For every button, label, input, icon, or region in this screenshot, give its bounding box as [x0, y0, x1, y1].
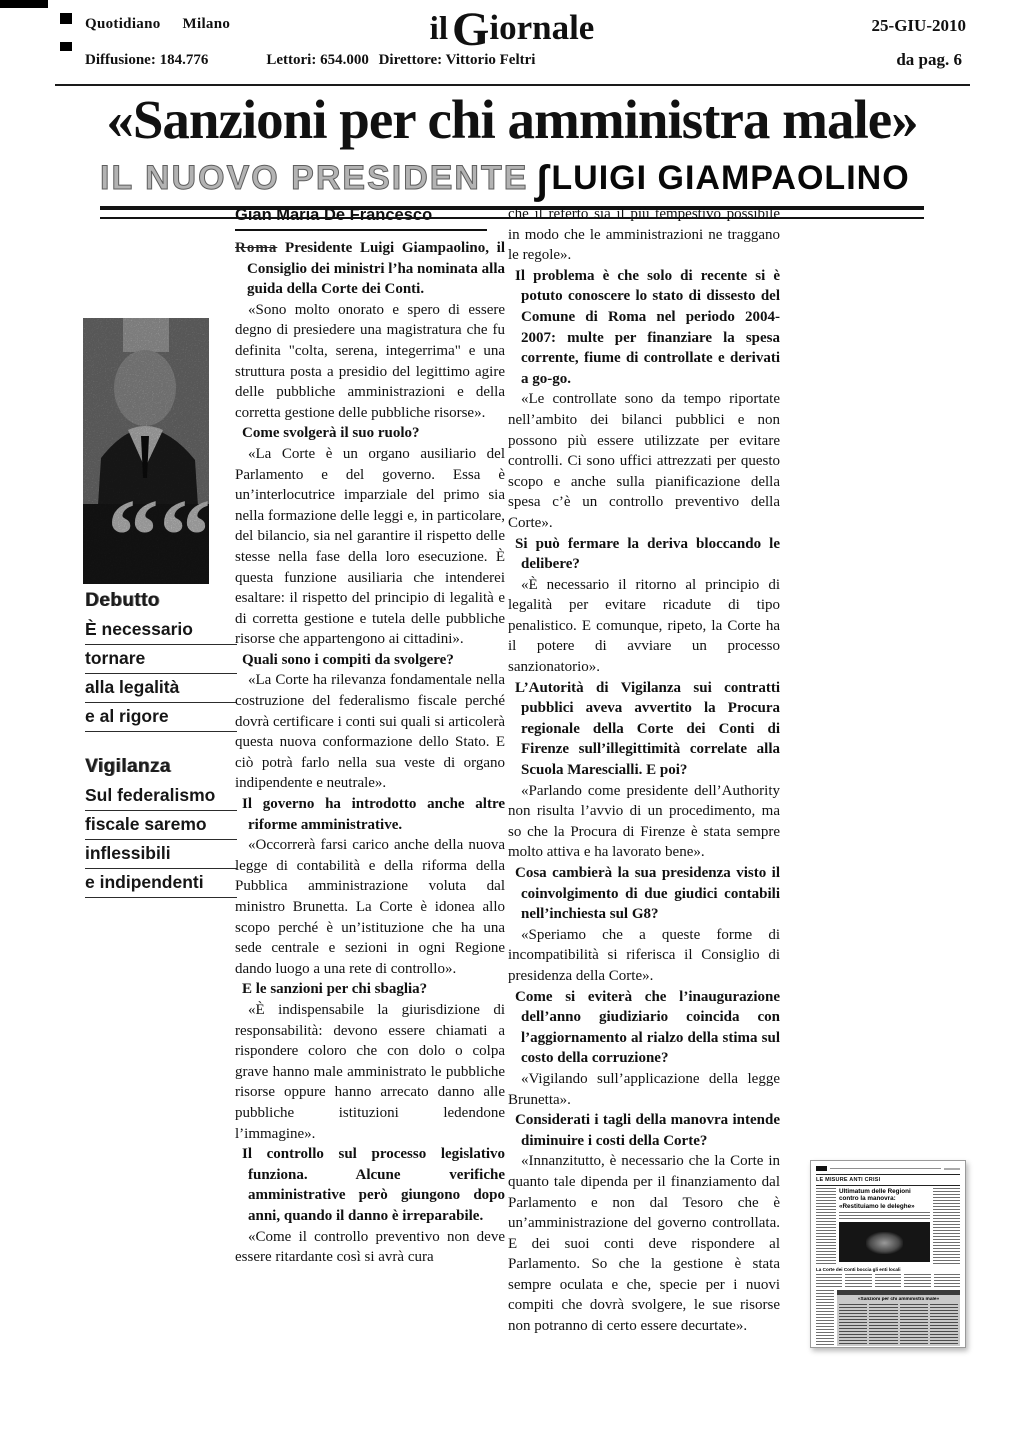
interview-answer: «Come il controllo preventivo non deve e…: [235, 1227, 505, 1268]
article-headline: «Sanzioni per chi amministra male»: [20, 88, 1004, 151]
interview-answer: «È necessario il ritorno al principio di…: [508, 575, 780, 678]
thumbnail-text-block: [816, 1274, 842, 1287]
thumbnail-highlight-row: «Sanzioni per chi amministra male»: [816, 1290, 960, 1346]
thumbnail-text-block: [934, 1274, 960, 1287]
thumbnail-rule: [830, 1168, 941, 1169]
source-page-thumbnail: LE MISURE ANTI CRISI Ultimatum delle Reg…: [810, 1160, 966, 1348]
thumbnail-photo-subject: [866, 1232, 902, 1254]
newspaper-clipping-page: QuotidianoMilano Diffusione: 184.776Lett…: [0, 0, 1024, 1448]
interview-question: Come svolgerà il suo ruolo?: [235, 423, 505, 444]
interview-answer: «Innanzitutto, è necessario che la Corte…: [508, 1151, 780, 1336]
thumbnail-subheadline: La Corte dei Conti boccia gli enti local…: [816, 1267, 960, 1272]
masthead-rest: iornale: [489, 8, 594, 47]
interview-question: Il controllo sul processo legislativo fu…: [235, 1144, 505, 1226]
thumbnail-text-block: [839, 1304, 867, 1344]
interview-answer: «Parlando come presidente dell’Authority…: [508, 781, 780, 863]
interview-answer: «Occorrerà farsi carico anche della nuov…: [235, 835, 505, 979]
pullquote-vigilanza: Vigilanza Sul federalismofiscale saremoi…: [85, 756, 237, 898]
pullquote-label: Debutto: [85, 590, 237, 612]
interview-question: Il governo ha introdotto anche altre rif…: [235, 794, 505, 835]
integral-separator-icon: ∫: [536, 158, 547, 202]
clipping-date: 25-GIU-2010: [872, 16, 966, 36]
thumbnail-rule: [816, 1185, 960, 1186]
masthead-il: il: [430, 11, 448, 47]
pullquote-line: inflessibili: [85, 840, 237, 869]
thumbnail-text-band: [816, 1274, 960, 1287]
interview-answer: «La Corte è un organo ausiliario del Par…: [235, 444, 505, 650]
pullquote-line: fiscale saremo: [85, 811, 237, 840]
interview-answer: «Speriamo che a queste forme di incompat…: [508, 925, 780, 987]
portrait-photo: ““: [83, 318, 209, 584]
scan-artifact: [0, 0, 48, 8]
thumbnail-text-block: [816, 1290, 834, 1346]
interview-question: Si può fermare la deriva bloccando le de…: [508, 534, 780, 575]
thumbnail-headline: Ultimatum delle Regioni contro la manovr…: [839, 1188, 930, 1210]
thumbnail-kicker: LE MISURE ANTI CRISI: [816, 1177, 960, 1183]
thumbnail-top-story: Ultimatum delle Regioni contro la manovr…: [816, 1188, 960, 1264]
thumbnail-story-center: Ultimatum delle Regioni contro la manovr…: [839, 1188, 930, 1264]
interview-question: Il problema è che solo di recente si è p…: [508, 266, 780, 390]
thumbnail-text-block: [816, 1188, 836, 1264]
thumbnail-highlighted-article: «Sanzioni per chi amministra male»: [837, 1290, 960, 1346]
interview-answer: Roma Presidente Luigi Giampaolino, il Co…: [235, 238, 505, 300]
pullquote-line: e al rigore: [85, 703, 237, 732]
kicker-section-label: IL NUOVO PRESIDENTE: [100, 159, 528, 197]
thumbnail-text-block: [839, 1212, 930, 1220]
pullquote-debutto: Debutto È necessariotornarealla legalità…: [85, 590, 237, 732]
pullquote-line: tornare: [85, 645, 237, 674]
interview-answer: «Le controllate sono da tempo riportate …: [508, 389, 780, 533]
pullquote-label: Vigilanza: [85, 756, 237, 778]
thumbnail-rule: [816, 1174, 960, 1175]
interview-answer: «È indispensabile la giurisdizione di re…: [235, 1000, 505, 1144]
kicker-subject-name: LUIGI GIAMPAOLINO: [551, 159, 909, 197]
director-line: Direttore: Vittorio Feltri: [0, 52, 914, 69]
thumbnail-text-block: [930, 1304, 958, 1344]
thumbnail-highlight-headline: «Sanzioni per chi amministra male»: [839, 1297, 958, 1302]
pullquote-line: e indipendenti: [85, 869, 237, 898]
interview-question: Quali sono i compiti da svolgere?: [235, 650, 505, 671]
pullquote-sidebar: Debutto È necessariotornarealla legalità…: [85, 590, 237, 898]
dateline: Roma: [235, 240, 277, 256]
pullquote-line: Sul federalismo: [85, 782, 237, 811]
header-divider: [55, 84, 970, 86]
page-reference: da pag. 6: [896, 50, 962, 70]
interview-question: E le sanzioni per chi sbaglia?: [235, 979, 505, 1000]
interview-answer: «Vigilando sull’applicazione della legge…: [508, 1069, 780, 1110]
masthead-logo: il Giornale: [0, 8, 1024, 48]
interview-answer: «La Corte ha rilevanza fondamentale nell…: [235, 670, 505, 794]
thumbnail-photo: [839, 1222, 930, 1262]
pullquote-lines: È necessariotornarealla legalitàe al rig…: [85, 616, 237, 732]
thumbnail-text-block: [904, 1274, 930, 1287]
pullquote-line: alla legalità: [85, 674, 237, 703]
thumbnail-folio: [944, 1168, 960, 1170]
thumbnail-highlight-panel: «Sanzioni per chi amministra male»: [837, 1295, 960, 1346]
pullquote-line: È necessario: [85, 616, 237, 645]
thumbnail-text-block: [933, 1188, 960, 1264]
thumbnail-text-block: [869, 1304, 897, 1344]
thumbnail-text-block: [875, 1274, 901, 1287]
thumbnail-highlight-columns: [839, 1304, 958, 1344]
interview-question: L’Autorità di Vigilanza sui contratti pu…: [508, 678, 780, 781]
masthead-bigG: G: [452, 3, 489, 56]
interview-question: Come si eviterà che l’inaugurazione dell…: [508, 987, 780, 1069]
interview-question: Cosa cambierà la sua presidenza visto il…: [508, 863, 780, 925]
byline: Gian Maria De Francesco: [235, 206, 487, 231]
article-column-2: che il referto sia il più tempestivo pos…: [508, 204, 780, 1337]
interview-question: Considerati i tagli della manovra intend…: [508, 1110, 780, 1151]
thumbnail-logo: [816, 1166, 827, 1171]
thumbnail-text-block: [845, 1274, 871, 1287]
pullquote-lines: Sul federalismofiscale saremoinflessibil…: [85, 782, 237, 898]
thumbnail-masthead-row: [816, 1165, 960, 1172]
interview-answer: «Sono molto onorato e spero di essere de…: [235, 300, 505, 424]
thumbnail-text-block: [900, 1304, 928, 1344]
interview-answer: che il referto sia il più tempestivo pos…: [508, 204, 780, 266]
article-column-1: Roma Presidente Luigi Giampaolino, il Co…: [235, 238, 505, 1268]
